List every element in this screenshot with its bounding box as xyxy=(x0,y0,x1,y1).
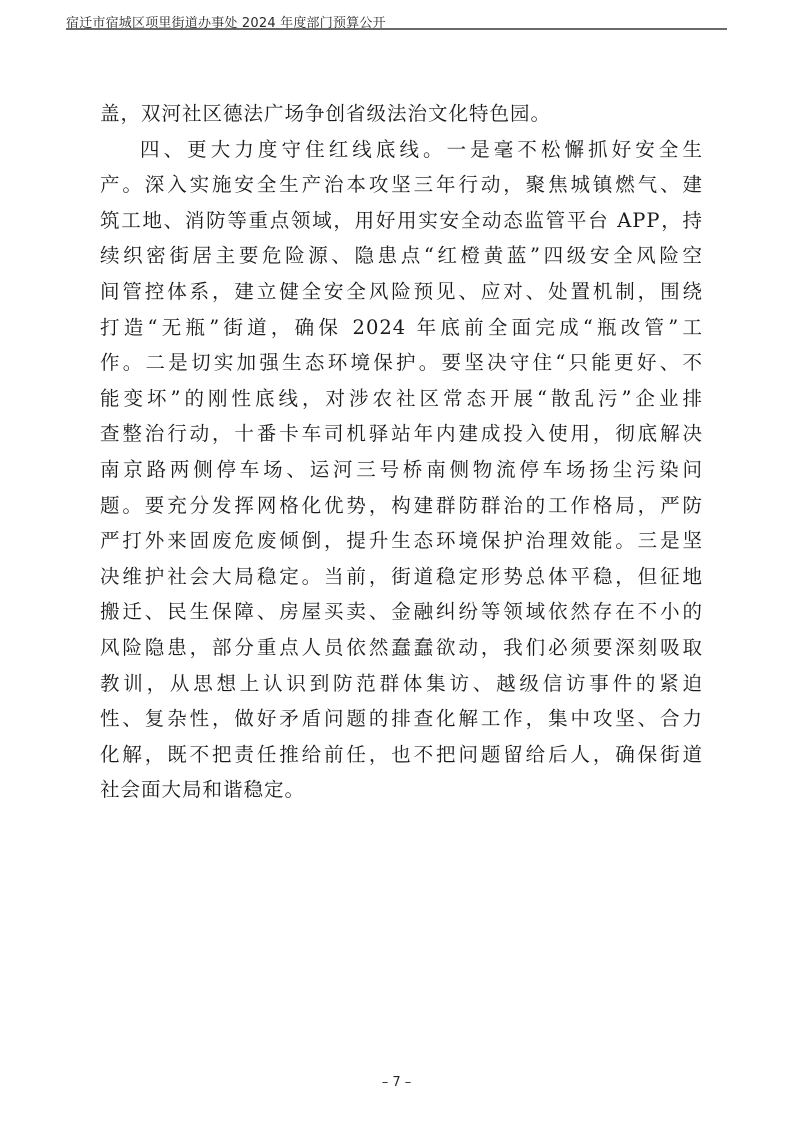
text-line: 教训，从思想上认识到防范群体集访、越级信访事件的紧迫 xyxy=(100,666,703,702)
text-line: 严打外来固废危废倾倒，提升生态环境保护治理效能。三是坚 xyxy=(100,523,703,559)
text-line: 作。二是切实加强生态环境保护。要坚决守住“只能更好、不 xyxy=(100,345,703,381)
text-line: 查整治行动，十番卡车司机驿站年内建成投入使用，彻底解决 xyxy=(100,416,703,452)
body-text: 盖，双河社区德法广场争创省级法治文化特色园。 四、更大力度守住红线底线。一是毫不… xyxy=(100,96,703,808)
text-line: 化解，既不把责任推给前任，也不把问题留给后人，确保街道 xyxy=(100,737,703,773)
text-line: 产。深入实施安全生产治本攻坚三年行动，聚焦城镇燃气、建 xyxy=(100,167,703,203)
text-line: 能变坏”的刚性底线，对涉农社区常态开展“散乱污”企业排 xyxy=(100,381,703,417)
text-line: 间管控体系，建立健全安全风险预见、应对、处置机制，围绕 xyxy=(100,274,703,310)
text-line: 题。要充分发挥网格化优势，构建群防群治的工作格局，严防 xyxy=(100,488,703,524)
text-line: 搬迁、民生保障、房屋买卖、金融纠纷等领域依然存在不小的 xyxy=(100,594,703,630)
text-line: 决维护社会大局稳定。当前，街道稳定形势总体平稳，但征地 xyxy=(100,559,703,595)
text-line: 南京路两侧停车场、运河三号桥南侧物流停车场扬尘污染问 xyxy=(100,452,703,488)
text-line: 打造“无瓶”街道，确保 2024 年底前全面完成“瓶改管”工 xyxy=(100,310,703,346)
text-line: 四、更大力度守住红线底线。一是毫不松懈抓好安全生 xyxy=(100,132,703,168)
text-line: 盖，双河社区德法广场争创省级法治文化特色园。 xyxy=(100,96,703,132)
text-line: 续织密街居主要危险源、隐患点“红橙黄蓝”四级安全风险空 xyxy=(100,238,703,274)
text-line: 社会面大局和谐稳定。 xyxy=(100,772,703,808)
text-line: 风险隐患，部分重点人员依然蠢蠢欲动，我们必须要深刻吸取 xyxy=(100,630,703,666)
page-header: 宿迁市宿城区项里街道办事处 2024 年度部门预算公开 xyxy=(66,10,727,30)
text-line: 性、复杂性，做好矛盾问题的排查化解工作，集中攻坚、合力 xyxy=(100,701,703,737)
page-number: – 7 – xyxy=(0,1075,793,1090)
text-line: 筑工地、消防等重点领域，用好用实安全动态监管平台 APP，持 xyxy=(100,203,703,239)
header-divider xyxy=(66,28,727,30)
